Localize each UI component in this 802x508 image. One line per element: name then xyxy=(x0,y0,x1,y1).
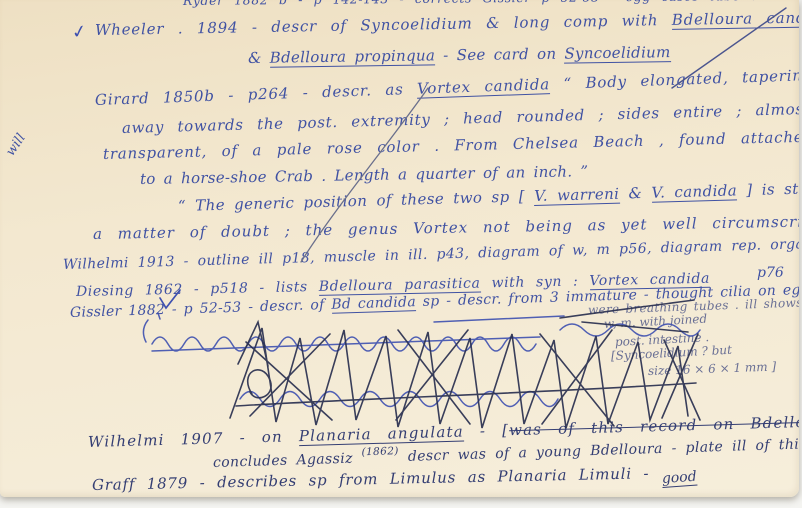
entry-graff: Graff 1879 - describes sp from Limulus a… xyxy=(92,465,650,493)
species-v-warreni: V. warreni xyxy=(534,185,620,206)
species-bdelloura-propinqua: Bdelloura propinqua xyxy=(270,46,436,67)
margin-note-will: will xyxy=(4,132,29,160)
entry-quote-line2: a matter of doubt ; the genus Vortex not… xyxy=(93,213,799,243)
checkmark-wheeler: ✓ xyxy=(70,22,88,44)
entry-wilhelmi-1913: Wilhelmi 1913 - outline ill p18, muscle … xyxy=(63,237,799,274)
entry-wheeler-text: Wheeler . 1894 - descr of Syncoelidium &… xyxy=(95,11,672,39)
quote-end: ] is still xyxy=(737,179,799,199)
crossed-out-phrase: was of this record on Bdelloura xyxy=(509,412,799,439)
quote-start: “ The generic position of these two sp [ xyxy=(178,187,535,215)
species-syncoelidium: Syncoelidium xyxy=(564,43,670,63)
amp: & xyxy=(248,49,270,67)
species-bd-candida: Bd candida xyxy=(331,294,416,314)
margin-note-right-1: w, m. with joined xyxy=(604,313,708,332)
wilhelmi07-citation: Wilhelmi 1907 - on xyxy=(88,427,299,451)
see-card-note: - See card on xyxy=(435,45,564,65)
girard-citation: Girard 1850b - p264 - descr. as xyxy=(95,80,418,109)
entry-girard-line4: to a horse-shoe Crab . Length a quarter … xyxy=(140,163,589,187)
girard-quote-start: “ Body elongated, tapering xyxy=(550,66,799,93)
entry-wheeler: Wheeler . 1894 - descr of Syncoelidium &… xyxy=(95,9,799,38)
amp: & xyxy=(619,184,652,203)
index-card: Ryder 1882 b - p 142-143 - corrects Giss… xyxy=(0,0,799,497)
agassiz-year-superscript: (1862) xyxy=(361,445,399,458)
scan-background: Ryder 1882 b - p 142-143 - corrects Giss… xyxy=(0,0,802,508)
gissler-citation: Gissler 1882 - p 52-53 - descr. of xyxy=(70,297,332,321)
entry-propinqua: & Bdelloura propinqua - See card on Sync… xyxy=(248,44,671,66)
annotation-good: good xyxy=(661,470,697,489)
page-ref-p76: p76 xyxy=(757,266,784,281)
species-bdelloura-candida: Bdelloura candida xyxy=(672,8,799,30)
bracket: - [ xyxy=(464,421,510,440)
concludes-text: concludes Agassiz xyxy=(213,450,362,471)
species-v-candida: V. candida xyxy=(651,181,737,202)
species-planaria-angulata: Planaria angulata xyxy=(299,423,465,447)
diesing-citation: Diesing 1862 - p518 - lists xyxy=(76,279,319,300)
margin-note-right-4: size 16 × 6 × 1 mm ] xyxy=(648,361,777,379)
entry-ryder: Ryder 1882 b - p 142-143 - corrects Giss… xyxy=(183,0,799,8)
species-vortex-candida: Vortex candida xyxy=(417,75,551,99)
